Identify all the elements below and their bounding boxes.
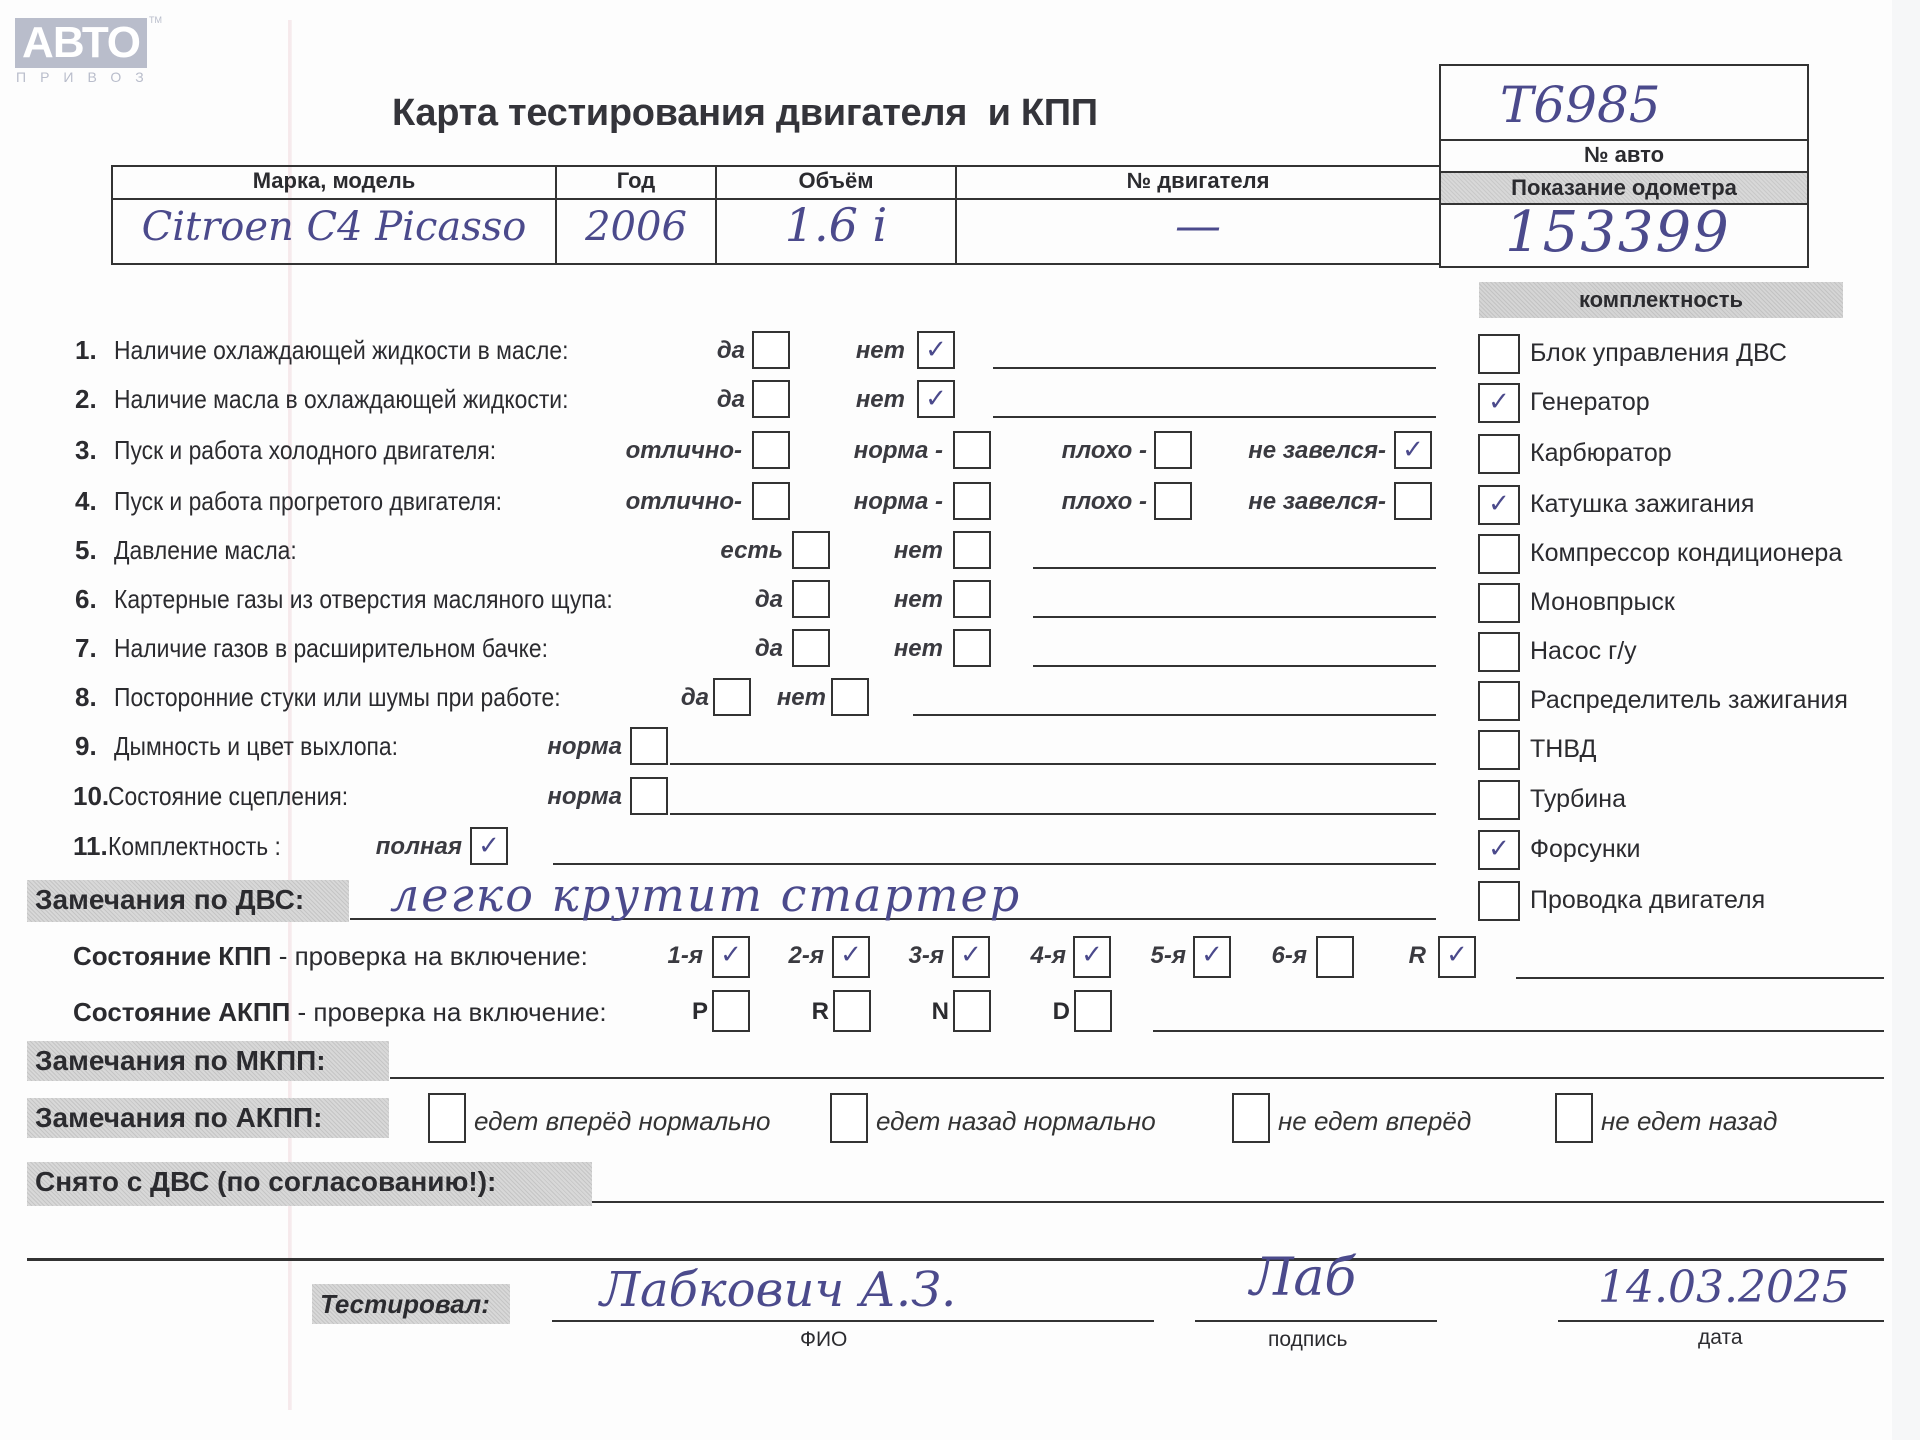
header-volume: Объём: [717, 168, 955, 194]
header-year: Год: [557, 168, 715, 194]
question-number: 1.: [75, 335, 97, 366]
option-checkbox[interactable]: [752, 331, 790, 369]
removed-label: Снято с ДВС (по согласованию!):: [27, 1162, 592, 1206]
option-label: да: [755, 586, 783, 614]
option-label: норма: [547, 733, 622, 761]
question-text: Наличие охлаждающей жидкости в масле:: [114, 335, 568, 366]
gear-checkbox[interactable]: ✓: [832, 936, 870, 978]
option-checkbox[interactable]: [953, 482, 991, 520]
question-text: Наличие масла в охлаждающей жидкости:: [114, 384, 568, 415]
mkpp-remarks-label: Замечания по МКПП:: [27, 1041, 389, 1081]
kpp-label-bold: Состояние КПП: [73, 941, 272, 971]
gear-checkbox[interactable]: [1316, 936, 1354, 978]
divider: [1439, 139, 1809, 141]
question-notes-line[interactable]: [913, 714, 1436, 716]
header-engine-number: № двигателя: [957, 168, 1439, 194]
option-label: полная: [376, 833, 462, 861]
question-number: 5.: [75, 535, 97, 566]
option-checkbox[interactable]: [1154, 431, 1192, 469]
name-caption: ФИО: [800, 1328, 847, 1352]
option-checkbox[interactable]: [713, 678, 751, 716]
question-text: Наличие газов в расширительном бачке:: [114, 633, 548, 664]
akpp-remark-label: не едет назад: [1601, 1106, 1777, 1137]
completeness-item-label: Карбюратор: [1530, 439, 1672, 468]
option-checkbox[interactable]: ✓: [1394, 431, 1432, 469]
option-checkbox[interactable]: [792, 531, 830, 569]
date-field[interactable]: 14.03.2025: [1598, 1262, 1850, 1313]
option-label: да: [717, 337, 745, 365]
option-checkbox[interactable]: [1394, 482, 1432, 520]
car-number-label: № авто: [1441, 142, 1807, 168]
option-label: да: [717, 386, 745, 414]
option-label: нет: [894, 586, 943, 614]
completeness-checkbox[interactable]: [1478, 780, 1520, 820]
question-text: Пуск и работа холодного двигателя:: [114, 435, 496, 466]
completeness-checkbox[interactable]: [1478, 881, 1520, 921]
option-label: нет: [894, 537, 943, 565]
completeness-checkbox[interactable]: [1478, 681, 1520, 721]
question-text: Картерные газы из отверстия масляного щу…: [114, 584, 613, 615]
option-label: норма -: [854, 437, 943, 465]
completeness-item-label: Компрессор кондиционера: [1530, 539, 1842, 568]
akpp-mode-label: P: [692, 998, 708, 1026]
completeness-item-label: Катушка зажигания: [1530, 490, 1754, 519]
question-number: 10.: [73, 781, 109, 812]
question-number: 2.: [75, 384, 97, 415]
date-line: [1558, 1320, 1884, 1322]
question-number: 6.: [75, 584, 97, 615]
option-label: не завелся-: [1248, 488, 1386, 516]
akpp-remark-checkbox[interactable]: [1232, 1093, 1270, 1143]
completeness-checkbox[interactable]: [1478, 534, 1520, 574]
year-field[interactable]: 2006: [557, 204, 715, 250]
completeness-item-label: Генератор: [1530, 388, 1650, 417]
option-checkbox[interactable]: [953, 580, 991, 618]
completeness-item-label: Насос г/у: [1530, 637, 1637, 666]
completeness-header: комплектность: [1479, 282, 1843, 318]
akpp-label-bold: Состояние АКПП: [73, 997, 290, 1027]
option-label: нет: [777, 684, 826, 712]
option-checkbox[interactable]: ✓: [470, 827, 508, 865]
logo-subtitle: ПРИВОЗ: [16, 69, 150, 85]
completeness-checkbox[interactable]: [1478, 583, 1520, 623]
option-label: отлично-: [626, 488, 742, 516]
option-checkbox[interactable]: [953, 431, 991, 469]
question-notes-line[interactable]: [670, 813, 1436, 815]
gear-label: 4-я: [1031, 942, 1066, 970]
kpp-notes-line: [1516, 977, 1884, 979]
akpp-label-rest: - проверка на включение:: [290, 997, 606, 1027]
question-notes-line[interactable]: [670, 763, 1436, 765]
question-number: 3.: [75, 435, 97, 466]
completeness-checkbox[interactable]: ✓: [1478, 830, 1520, 870]
paper-edge: [1892, 0, 1920, 1440]
option-label: норма: [547, 783, 622, 811]
odometer-label: Показание одометра: [1441, 175, 1807, 201]
kpp-label: Состояние КПП - проверка на включение:: [73, 941, 588, 972]
date-caption: дата: [1698, 1326, 1743, 1350]
mkpp-remarks-field[interactable]: [390, 1077, 1884, 1079]
question-number: 8.: [75, 682, 97, 713]
volume-field[interactable]: 1.6 i: [717, 198, 955, 252]
option-label: нет: [856, 386, 905, 414]
question-notes-line[interactable]: [993, 416, 1436, 418]
akpp-remark-label: едет вперёд нормально: [474, 1106, 770, 1137]
option-label: отлично-: [626, 437, 742, 465]
page-title: Карта тестирования двигателя и КПП: [392, 92, 1098, 135]
akpp-mode-checkbox[interactable]: [712, 990, 750, 1032]
kpp-label-rest: - проверка на включение:: [272, 941, 588, 971]
akpp-remark-label: не едет вперёд: [1278, 1106, 1471, 1137]
option-label: нет: [856, 337, 905, 365]
question-text: Комплектность :: [108, 831, 281, 862]
option-checkbox[interactable]: [630, 727, 668, 765]
option-label: не завелся-: [1248, 437, 1386, 465]
question-text: Дымность и цвет выхлопа:: [114, 731, 398, 762]
option-checkbox[interactable]: [630, 777, 668, 815]
question-notes-line[interactable]: [1033, 567, 1436, 569]
option-label: плохо -: [1062, 437, 1147, 465]
option-label: норма -: [854, 488, 943, 516]
gear-checkbox[interactable]: ✓: [1438, 936, 1476, 978]
option-checkbox[interactable]: ✓: [917, 331, 955, 369]
completeness-item-label: ТНВД: [1530, 735, 1596, 764]
dvs-remarks-label: Замечания по ДВС:: [27, 880, 349, 922]
odometer-field[interactable]: 153399: [1505, 200, 1731, 265]
question-number: 7.: [75, 633, 97, 664]
question-notes-line[interactable]: [553, 863, 1436, 865]
tested-by-label: Тестировал:: [312, 1284, 510, 1324]
completeness-item-label: Распределитель зажигания: [1530, 686, 1848, 715]
logo: АВТО: [15, 18, 147, 68]
completeness-item-label: Блок управления ДВС: [1530, 339, 1787, 368]
gear-label: 6-я: [1272, 942, 1307, 970]
completeness-checkbox[interactable]: [1478, 334, 1520, 374]
question-notes-line[interactable]: [1033, 665, 1436, 667]
option-checkbox[interactable]: [1154, 482, 1192, 520]
question-number: 4.: [75, 486, 97, 517]
option-checkbox[interactable]: [792, 580, 830, 618]
gear-checkbox[interactable]: ✓: [1073, 936, 1111, 978]
question-notes-line[interactable]: [993, 367, 1436, 369]
gear-label: 5-я: [1151, 942, 1186, 970]
engine-number-field[interactable]: —: [957, 198, 1439, 252]
akpp-remark-checkbox[interactable]: [1555, 1093, 1593, 1143]
option-label: да: [755, 635, 783, 663]
question-number: 9.: [75, 731, 97, 762]
option-checkbox[interactable]: ✓: [917, 380, 955, 418]
removed-field[interactable]: [592, 1201, 1884, 1203]
akpp-mode-checkbox[interactable]: [833, 990, 871, 1032]
option-label: есть: [720, 537, 783, 565]
question-text: Посторонние стуки или шумы при работе:: [114, 682, 561, 713]
gear-label: R: [1409, 942, 1426, 970]
gear-checkbox[interactable]: ✓: [952, 936, 990, 978]
option-checkbox[interactable]: [752, 380, 790, 418]
option-checkbox[interactable]: [752, 431, 790, 469]
gear-label: 1-я: [668, 942, 703, 970]
completeness-checkbox[interactable]: ✓: [1478, 485, 1520, 525]
name-field[interactable]: Лабкович А.З.: [600, 1262, 956, 1318]
completeness-item-label: Форсунки: [1530, 835, 1641, 864]
completeness-checkbox[interactable]: [1478, 632, 1520, 672]
divider: [27, 1258, 1884, 1261]
akpp-mode-checkbox[interactable]: [1074, 990, 1112, 1032]
akpp-remark-label: едет назад нормально: [876, 1106, 1156, 1137]
akpp-remark-checkbox[interactable]: [428, 1093, 466, 1143]
question-text: Состояние сцепления:: [108, 781, 348, 812]
signature-field[interactable]: Лаб: [1250, 1248, 1356, 1308]
akpp-label: Состояние АКПП - проверка на включение:: [73, 997, 607, 1028]
option-checkbox[interactable]: [792, 629, 830, 667]
akpp-mode-label: R: [812, 998, 829, 1026]
question-number: 11.: [73, 831, 108, 862]
question-notes-line[interactable]: [1033, 616, 1436, 618]
completeness-item-label: Проводка двигателя: [1530, 886, 1765, 915]
model-field[interactable]: Citroen C4 Picasso: [113, 204, 555, 250]
question-text: Пуск и работа прогретого двигателя:: [114, 486, 502, 517]
option-checkbox[interactable]: [953, 629, 991, 667]
akpp-mode-checkbox[interactable]: [953, 990, 991, 1032]
akpp-mode-label: N: [932, 998, 949, 1026]
option-checkbox[interactable]: [831, 678, 869, 716]
akpp-remarks-label: Замечания по АКПП:: [27, 1098, 389, 1138]
completeness-checkbox[interactable]: [1478, 730, 1520, 770]
completeness-checkbox[interactable]: ✓: [1478, 383, 1520, 423]
akpp-notes-line: [1153, 1030, 1884, 1032]
option-checkbox[interactable]: [752, 482, 790, 520]
divider: [1439, 171, 1809, 173]
akpp-remark-checkbox[interactable]: [830, 1093, 868, 1143]
gear-checkbox[interactable]: ✓: [1193, 936, 1231, 978]
option-checkbox[interactable]: [953, 531, 991, 569]
gear-checkbox[interactable]: ✓: [712, 936, 750, 978]
option-label: да: [681, 684, 709, 712]
completeness-checkbox[interactable]: [1478, 434, 1520, 474]
completeness-item-label: Турбина: [1530, 785, 1626, 814]
question-text: Давление масла:: [114, 535, 297, 566]
completeness-item-label: Моновпрыск: [1530, 588, 1675, 617]
name-line: [552, 1320, 1154, 1322]
option-label: плохо -: [1062, 488, 1147, 516]
signature-line: [1195, 1320, 1437, 1322]
dvs-remarks-field[interactable]: легко крутит стартер: [390, 868, 1021, 922]
car-number-field[interactable]: T6985: [1500, 76, 1700, 134]
logo-trademark: TM: [149, 15, 162, 25]
header-model: Марка, модель: [113, 168, 555, 194]
gear-label: 2-я: [789, 942, 824, 970]
akpp-mode-label: D: [1053, 998, 1070, 1026]
signature-caption: подпись: [1268, 1328, 1347, 1352]
option-label: нет: [894, 635, 943, 663]
gear-label: 3-я: [909, 942, 944, 970]
